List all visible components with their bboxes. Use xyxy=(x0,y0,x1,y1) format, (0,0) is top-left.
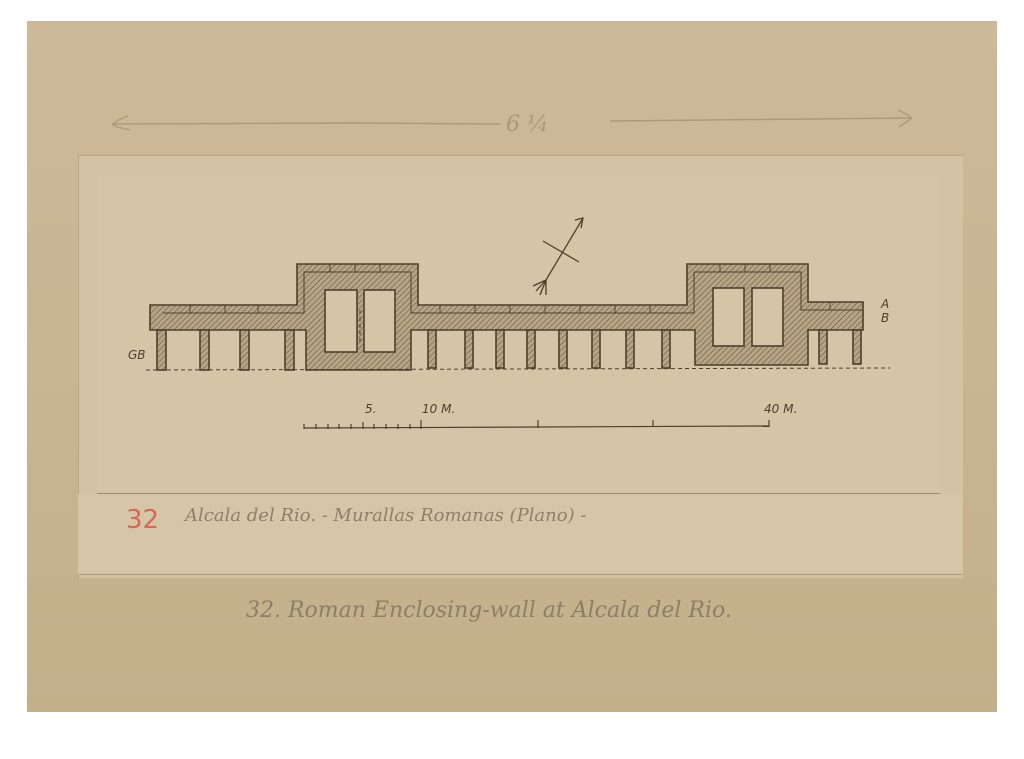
label-gb: GB xyxy=(128,348,146,362)
scale-label-5: 5. xyxy=(365,402,376,416)
label-b: B xyxy=(881,311,889,325)
scale-label-40m: 40 M. xyxy=(764,402,797,416)
scale-bar xyxy=(304,420,769,429)
wall-plan-drawing xyxy=(0,0,1024,759)
plate-number-red: 32 xyxy=(126,505,159,535)
scale-label-10m: 10 M. xyxy=(422,402,455,416)
label-a: A xyxy=(881,297,889,311)
spanish-caption: Alcala del Rio. - Murallas Romanas (Plan… xyxy=(185,505,586,526)
english-caption: 32. Roman Enclosing-wall at Alcala del R… xyxy=(246,598,732,623)
north-arrow-icon xyxy=(533,218,583,295)
wall-mass xyxy=(150,264,863,370)
